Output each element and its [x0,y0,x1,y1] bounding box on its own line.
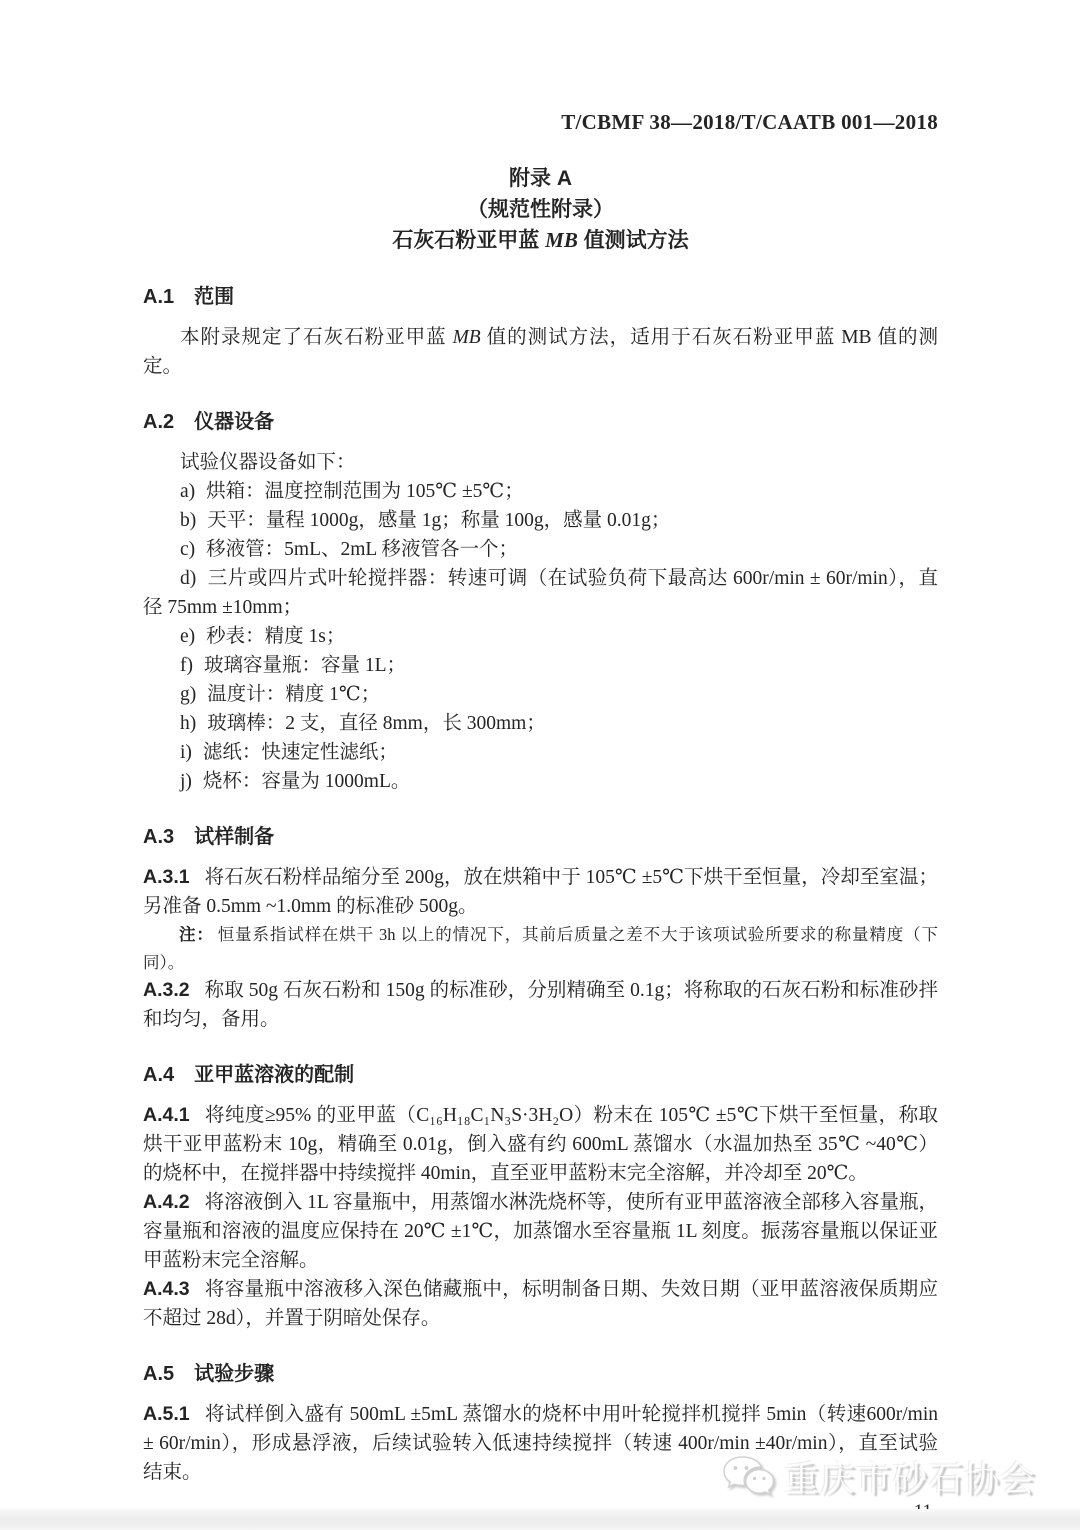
clause-a43-text: 将容量瓶中溶液移入深色储藏瓶中，标明制备日期、失效日期（亚甲蓝溶液保质期应不超过… [143,1279,938,1329]
clause-a43-number: A.4.3 [143,1278,190,1300]
equipment-item-a: a)烘箱：温度控制范围为 105℃ ±5℃； [143,477,938,506]
item-label-a: a) [180,481,195,502]
clause-a43: A.4.3将容量瓶中溶液移入深色储藏瓶中，标明制备日期、失效日期（亚甲蓝溶液保质… [143,1275,938,1333]
clause-a32-number: A.3.2 [143,979,190,1001]
equipment-item-d: d)三片或四片式叶轮搅拌器：转速可调（在试验负荷下最高达 600r/min ± … [143,564,938,622]
watermark: 重庆市砂石协会 [722,1452,1036,1502]
appendix-name-mb: MB [545,228,578,252]
a1-text-mb: MB [453,327,481,348]
item-text-c: 移液管：5mL、2mL 移液管各一个； [206,539,518,560]
clause-a41-text: 将纯度≥95% 的亚甲蓝（C₁₆H₁₈C₁N₃S·3H₂O）粉末在 105℃ ±… [143,1105,938,1184]
note-text: 恒量系指试样在烘干 3h 以上的情况下，其前后质量之差不大于该项试验所要求的称量… [143,925,938,972]
standard-number: T/CBMF 38—2018/T/CAATB 001—2018 [143,110,938,135]
item-text-a: 烘箱：温度控制范围为 105℃ ±5℃； [206,481,524,502]
item-label-d: d) [180,568,196,589]
item-label-c: c) [180,539,195,560]
clause-a41-number: A.4.1 [143,1104,190,1126]
item-text-j: 烧杯：容量为 1000mL。 [203,771,410,792]
appendix-title: 附录 A [143,163,938,194]
clause-a32-text: 称取 50g 石灰石粉和 150g 的标准砂，分别精确至 0.1g；将称取的石灰… [143,980,938,1030]
section-a1-number: A.1 [143,286,174,308]
document-page: T/CBMF 38—2018/T/CAATB 001—2018 附录 A （规范… [0,0,1080,1523]
equipment-intro: 试验仪器设备如下： [143,448,938,477]
section-a1-paragraph: 本附录规定了石灰石粉亚甲蓝 MB 值的测试方法，适用于石灰石粉亚甲蓝 MB 值的… [143,323,938,381]
item-text-f: 玻璃容量瓶：容量 1L； [204,655,406,676]
section-a4-heading: A.4亚甲蓝溶液的配制 [143,1058,938,1087]
section-a3-number: A.3 [143,826,174,848]
item-text-g: 温度计：精度 1℃； [207,684,380,705]
item-label-g: g) [180,684,196,705]
section-a1-title: 范围 [194,286,234,308]
section-a5-number: A.5 [143,1363,174,1385]
equipment-item-g: g)温度计：精度 1℃； [143,680,938,709]
a1-text-pre: 本附录规定了石灰石粉亚甲蓝 [180,327,453,348]
clause-a42-number: A.4.2 [143,1191,190,1213]
item-label-h: h) [180,713,196,734]
item-text-i: 滤纸：快速定性滤纸； [203,742,398,763]
item-text-d: 三片或四片式叶轮搅拌器：转速可调（在试验负荷下最高达 600r/min ± 60… [143,568,938,618]
item-text-e: 秒表：精度 1s； [206,626,345,647]
wechat-icon [722,1454,774,1500]
item-label-i: i) [180,742,192,763]
equipment-item-b: b)天平：量程 1000g，感量 1g；称量 100g，感量 0.01g； [143,506,938,535]
clause-a31-text: 将石灰石粉样品缩分至 200g，放在烘箱中于 105℃ ±5℃下烘干至恒量，冷却… [143,867,938,917]
equipment-item-h: h)玻璃棒：2 支，直径 8mm，长 300mm； [143,709,938,738]
clause-a32: A.3.2称取 50g 石灰石粉和 150g 的标准砂，分别精确至 0.1g；将… [143,976,938,1034]
clause-a41: A.4.1将纯度≥95% 的亚甲蓝（C₁₆H₁₈C₁N₃S·3H₂O）粉末在 1… [143,1101,938,1188]
watermark-text: 重庆市砂石协会 [784,1452,1036,1502]
item-label-j: j) [180,771,192,792]
note-constant-mass: 注：恒量系指试样在烘干 3h 以上的情况下，其前后质量之差不大于该项试验所要求的… [143,921,938,976]
item-text-b: 天平：量程 1000g，感量 1g；称量 100g，感量 0.01g； [207,510,670,531]
section-a3-title: 试样制备 [194,826,274,848]
item-text-h: 玻璃棒：2 支，直径 8mm，长 300mm； [207,713,546,734]
item-label-f: f) [180,655,193,676]
equipment-item-e: e)秒表：精度 1s； [143,622,938,651]
section-a2-number: A.2 [143,411,174,433]
clause-a42-text: 将溶液倒入 1L 容量瓶中，用蒸馏水淋洗烧杯等，使所有亚甲蓝溶液全部移入容量瓶，… [143,1192,938,1271]
equipment-item-f: f)玻璃容量瓶：容量 1L； [143,651,938,680]
equipment-item-c: c)移液管：5mL、2mL 移液管各一个； [143,535,938,564]
note-label: 注： [179,926,214,944]
item-label-b: b) [180,510,196,531]
section-a1-heading: A.1范围 [143,280,938,309]
appendix-name: 石灰石粉亚甲蓝 MB 值测试方法 [143,225,938,256]
bottom-band [0,1509,1080,1530]
section-a2-title: 仪器设备 [194,411,274,433]
item-label-e: e) [180,626,195,647]
section-a5-title: 试验步骤 [194,1363,274,1385]
appendix-subtitle: （规范性附录） [143,194,938,225]
equipment-item-i: i)滤纸：快速定性滤纸； [143,738,938,767]
appendix-name-pre: 石灰石粉亚甲蓝 [392,229,545,252]
appendix-title-block: 附录 A （规范性附录） 石灰石粉亚甲蓝 MB 值测试方法 [143,163,938,256]
clause-a51-number: A.5.1 [143,1403,190,1425]
clause-a31: A.3.1将石灰石粉样品缩分至 200g，放在烘箱中于 105℃ ±5℃下烘干至… [143,863,938,921]
section-a2-heading: A.2仪器设备 [143,405,938,434]
clause-a31-number: A.3.1 [143,866,190,888]
section-a4-number: A.4 [143,1064,174,1086]
section-a5-heading: A.5试验步骤 [143,1357,938,1386]
section-a4-title: 亚甲蓝溶液的配制 [194,1064,354,1086]
equipment-item-j: j)烧杯：容量为 1000mL。 [143,767,938,796]
clause-a42: A.4.2将溶液倒入 1L 容量瓶中，用蒸馏水淋洗烧杯等，使所有亚甲蓝溶液全部移… [143,1188,938,1275]
section-a3-heading: A.3试样制备 [143,820,938,849]
appendix-name-post: 值测试方法 [578,229,689,252]
